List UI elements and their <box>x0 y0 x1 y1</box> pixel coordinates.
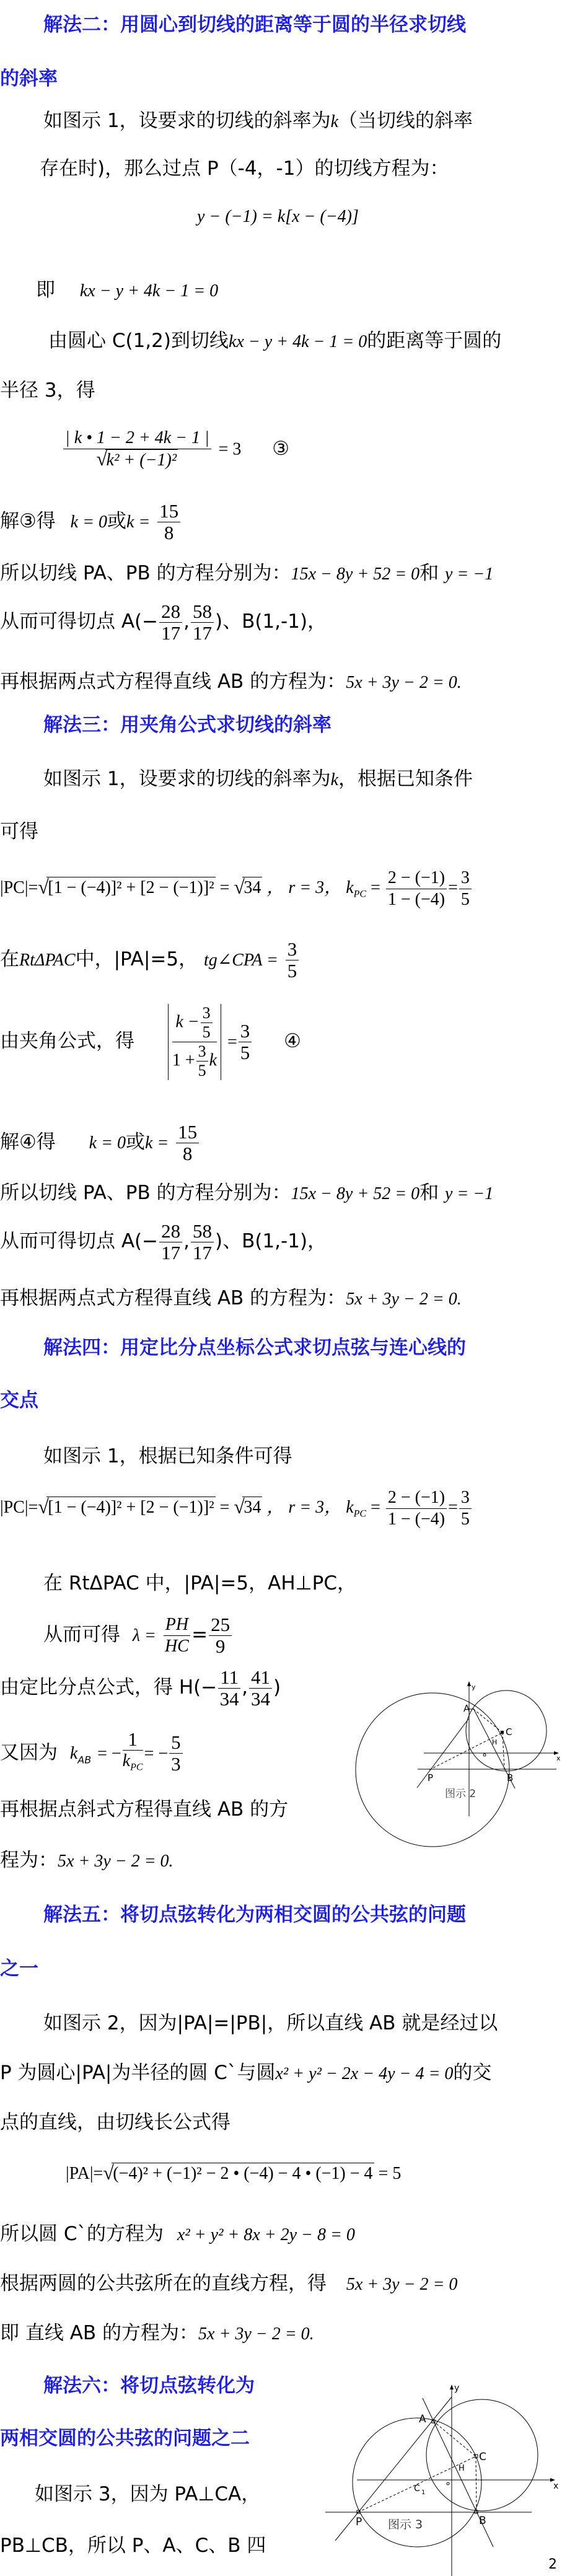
circle-c-prime <box>356 1693 509 1847</box>
method3-pc-length: |PC|=[1 − (−4)]² + [2 − (−1)]² = 34 ， r … <box>0 868 473 910</box>
figure-3-caption: 图示 3 <box>388 2518 423 2531</box>
figure-3-diagram: A C H P B C 1 x y 图示 3 <box>322 2367 562 2576</box>
document-page: 解法二：用圆心到切线的距离等于圆的半径求切线 的斜率 如图示 1，设要求的切线的… <box>0 0 562 2576</box>
method6-heading: 解法六：将切点弦转化为 <box>43 2373 255 2398</box>
equation-marker-3: ③ <box>272 437 289 460</box>
svg-text:C: C <box>414 2484 420 2494</box>
method2-heading-cont: 的斜率 <box>0 66 58 91</box>
method2-tangent-points: 从而可得切点 A(−2817,5817)、B(1,-1)， <box>0 601 327 644</box>
method5-circle-c-prime: 所以圆 C`的方程为 x² + y² + 8x + 2y − 8 = 0 <box>0 2222 355 2248</box>
method3-heading: 解法三：用夹角公式求切线的斜率 <box>43 713 331 737</box>
method3-angle-formula: 由夹角公式，得 k −35 1 +35k =35 ④ <box>0 1004 301 1080</box>
method6-paragraph-1-cont: PB⊥CB，所以 P、A、C、B 四 <box>0 2533 266 2558</box>
method2-paragraph-2-cont: 半径 3，得 <box>0 378 95 403</box>
svg-text:A: A <box>419 2413 426 2425</box>
svg-text:C: C <box>479 2451 486 2463</box>
method5-common-chord: 根据两圆的公共弦所在的直线方程，得 5x + 3y − 2 = 0 <box>0 2271 457 2297</box>
method3-tangent-lines: 所以切线 PA、PB 的方程分别为：15x − 8y + 52 = 0和 y =… <box>0 1180 493 1207</box>
method4-heading-cont: 交点 <box>0 1388 38 1413</box>
svg-text:B: B <box>507 1772 513 1783</box>
method3-solution: 解④得 k = 0或k = 158 <box>0 1122 200 1164</box>
svg-text:y: y <box>472 1683 476 1691</box>
method2-solution: 解③得 k = 0或k = 158 <box>0 501 182 543</box>
method4-slope-ab: 又因为 kAB = −1kPC= −53 <box>0 1729 184 1778</box>
svg-text:A: A <box>463 1703 470 1714</box>
method2-paragraph-1: 如图示 1，设要求的切线的斜率为k（当切线的斜率 <box>43 108 473 134</box>
svg-text:P: P <box>428 1772 433 1783</box>
angle-abs-fraction: k −35 1 +35k <box>168 1004 221 1080</box>
figure-2-caption: 图示 2 <box>445 1788 476 1800</box>
method2-heading: 解法二：用圆心到切线的距离等于圆的半径求切线 <box>43 12 466 37</box>
method5-pa-length: |PA|=(−4)² + (−1)² − 2 • (−4) − 4 • (−1)… <box>66 2163 401 2184</box>
method2-paragraph-1-cont: 存在时)，那么过点 P（-4，-1）的切线方程为： <box>40 156 449 181</box>
method4-paragraph-1: 如图示 1，根据已知条件可得 <box>43 1444 292 1469</box>
method5-line-ab: 即 直线 AB 的方程为：5x + 3y − 2 = 0. <box>0 2321 314 2347</box>
method2-tangent-equation: y − (−1) = k[x − (−4)] <box>197 204 359 229</box>
svg-text:P: P <box>356 2516 362 2528</box>
figure-2-diagram: A C H P B x y 图示 2 <box>328 1611 562 1871</box>
svg-text:H: H <box>459 2464 465 2473</box>
method2-line-ab: 再根据两点式方程得直线 AB 的方程为：5x + 3y − 2 = 0. <box>0 669 462 695</box>
method5-heading: 解法五：将切点弦转化为两相交圆的公共弦的问题 <box>43 1902 466 1927</box>
svg-text:1: 1 <box>421 2489 425 2496</box>
method5-paragraph-1-line3: 点的直线，由切线长公式得 <box>0 2110 231 2135</box>
method3-tangent-points: 从而可得切点 A(−2817,5817)、B(1,-1)， <box>0 1221 327 1264</box>
method2-tangent-lines: 所以切线 PA、PB 的方程分别为：15x − 8y + 52 = 0和 y =… <box>0 561 493 587</box>
svg-text:x: x <box>556 1754 561 1762</box>
method4-right-triangle: 在 RtΔPAC 中，|PA|=5，AH⊥PC， <box>43 1571 356 1596</box>
method2-distance-formula: | k • 1 − 2 + 4k − 1 | k² + (−1)² = 3 ③ <box>62 428 289 471</box>
svg-text:H: H <box>492 1738 497 1746</box>
method4-point-h: 由定比分点公式，得 H(−1134,4134) <box>0 1667 281 1710</box>
method4-pc-length: |PC|=[1 − (−4)]² + [2 − (−1)]² = 34 ， r … <box>0 1487 473 1530</box>
method5-heading-cont: 之一 <box>0 1956 38 1981</box>
method3-paragraph-1: 如图示 1，设要求的切线的斜率为k，根据已知条件 <box>43 767 473 793</box>
method3-paragraph-1-cont: 可得 <box>0 819 38 844</box>
distance-fraction: | k • 1 − 2 + 4k − 1 | k² + (−1)² <box>63 428 211 471</box>
method3-right-triangle: 在RtΔPAC中，|PA|=5， tg∠CPA = 35 <box>0 939 300 982</box>
equation-marker-4: ④ <box>284 1030 301 1052</box>
method4-ratio: 从而可得 λ = PHHC=259 <box>43 1614 233 1657</box>
method6-paragraph-1: 如图示 3，因为 PA⊥CA， <box>35 2482 260 2507</box>
svg-text:y: y <box>454 2383 459 2393</box>
page-number: 2 <box>548 2557 557 2572</box>
method4-heading: 解法四：用定比分点坐标公式求切点弦与连心线的 <box>43 1335 466 1360</box>
method5-paragraph-1-line2: P 为圆心|PA|为半径的圆 C`与圆x² + y² − 2x − 4y − 4… <box>0 2060 491 2086</box>
method4-line-ab-cont: 程为：5x + 3y − 2 = 0. <box>0 1848 173 1874</box>
svg-text:C: C <box>506 1726 512 1738</box>
svg-text:B: B <box>479 2515 486 2527</box>
svg-text:x: x <box>553 2481 558 2491</box>
method4-line-ab: 再根据点斜式方程得直线 AB 的方 <box>0 1797 288 1822</box>
method6-heading-cont: 两相交圆的公共弦的问题之二 <box>0 2426 250 2451</box>
method3-line-ab: 再根据两点式方程得直线 AB 的方程为：5x + 3y − 2 = 0. <box>0 1286 462 1312</box>
method5-paragraph-1: 如图示 2，因为|PA|=|PB|，所以直线 AB 就是经过以 <box>43 2011 498 2036</box>
method2-paragraph-2: 由圆心 C(1,2)到切线kx − y + 4k − 1 = 0的距离等于圆的 <box>48 328 501 354</box>
method2-general-form: 即 kx − y + 4k − 1 = 0 <box>36 278 218 304</box>
